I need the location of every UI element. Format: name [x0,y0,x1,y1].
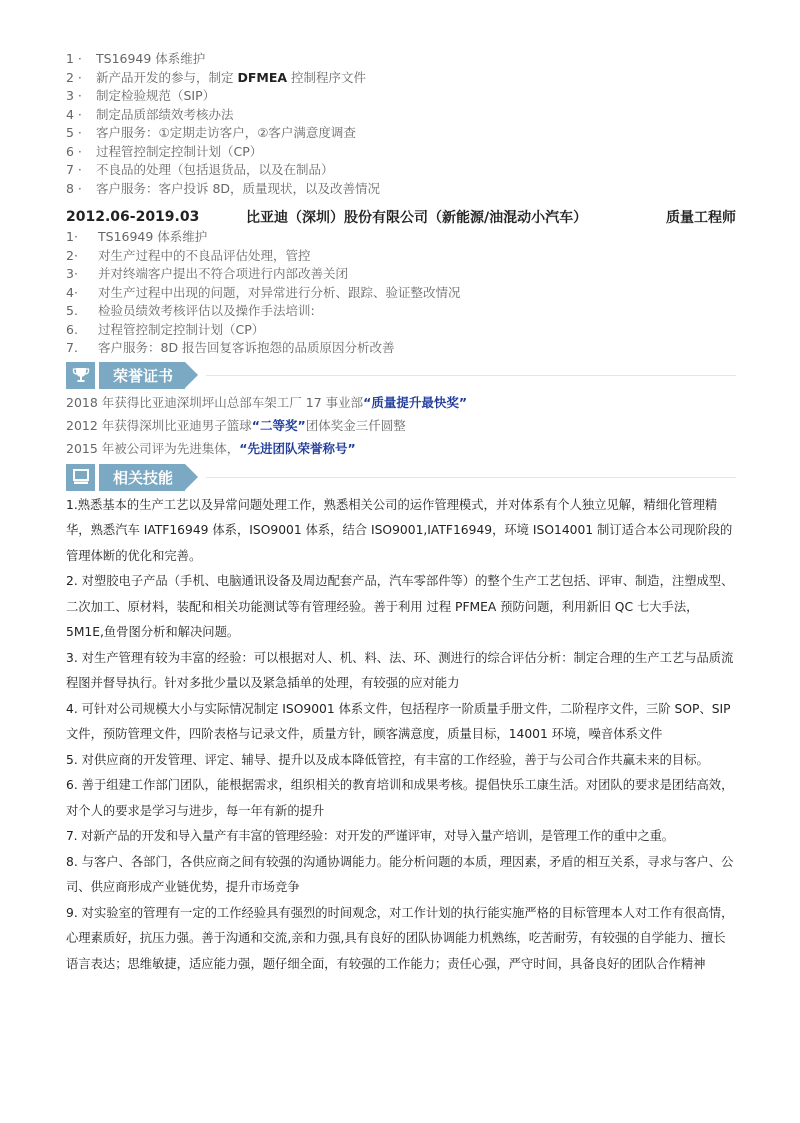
duty-item: 8 ·客户服务：客户投诉 8D，质量现状，以及改善情况 [66,180,736,199]
resume-page: 1 ·TS16949 体系维护 2 ·新产品开发的参与，制定 DFMEA 控制程… [66,50,736,977]
skill-item: 7. 对新产品的开发和导入量产有丰富的管理经验：对开发的严谨评审，对导入量产培训… [66,824,736,850]
divider [206,375,736,376]
skill-item: 3. 对生产管理有较为丰富的经验：可以根据对人、机、料、法、环、测进行的综合评估… [66,646,736,697]
honor-item: 2018 年获得比亚迪深圳坪山总部车架工厂 17 事业部“质量提升最快奖” [66,391,736,414]
honor-item: 2015 年被公司评为先进集体，“先进团队荣誉称号” [66,437,736,460]
skills-section-header: 相关技能 [66,464,736,491]
job-date: 2012.06-2019.03 [66,209,246,225]
skill-item: 6. 善于组建工作部门团队，能根据需求，组织相关的教育培训和成果考核。提倡快乐工… [66,773,736,824]
skill-item: 9. 对实验室的管理有一定的工作经验具有强烈的时间观念，对工作计划的执行能实施严… [66,901,736,978]
trophy-icon [66,362,95,389]
honor-item: 2012 年获得深圳比亚迪男子篮球“二等奖”团体奖金三仟圆整 [66,414,736,437]
duty-item: 2 ·新产品开发的参与，制定 DFMEA 控制程序文件 [66,69,736,88]
skill-item: 1.熟悉基本的生产工艺以及异常问题处理工作，熟悉相关公司的运作管理模式，并对体系… [66,493,736,570]
duty-item: 3 ·制定检验规范（SIP） [66,87,736,106]
skill-item: 4. 可针对公司规模大小与实际情况制定 ISO9001 体系文件，包括程序一阶质… [66,697,736,748]
prev-job-duties: 1 ·TS16949 体系维护 2 ·新产品开发的参与，制定 DFMEA 控制程… [66,50,736,198]
honors-list: 2018 年获得比亚迪深圳坪山总部车架工厂 17 事业部“质量提升最快奖” 20… [66,391,736,460]
duty-item: 3·并对终端客户提出不符合项进行内部改善关闭 [66,265,736,284]
duty-item: 6.过程管控制定控制计划（CP） [66,321,736,340]
duty-item: 1 ·TS16949 体系维护 [66,50,736,69]
skills-section-title: 相关技能 [99,464,185,491]
computer-icon [66,464,95,491]
duty-item: 2·对生产过程中的不良品评估处理，管控 [66,247,736,266]
divider [206,477,736,478]
job-title: 质量工程师 [651,207,736,227]
job-duties: 1·TS16949 体系维护 2·对生产过程中的不良品评估处理，管控 3·并对终… [66,228,736,358]
duty-item: 4 ·制定品质部绩效考核办法 [66,106,736,125]
honors-section-title: 荣誉证书 [99,362,185,389]
duty-item: 7 ·不良品的处理（包括退货品，以及在制品） [66,161,736,180]
skill-item: 8. 与客户、各部门，各供应商之间有较强的沟通协调能力。能分析问题的本质，理因素… [66,850,736,901]
duty-item: 4·对生产过程中出现的问题，对异常进行分析、跟踪、验证整改情况 [66,284,736,303]
honors-section-header: 荣誉证书 [66,362,736,389]
job-company: 比亚迪（深圳）股份有限公司（新能源/油混动小汽车） [246,207,651,227]
duty-item: 5 ·客户服务：①定期走访客户，②客户满意度调查 [66,124,736,143]
job-header: 2012.06-2019.03 比亚迪（深圳）股份有限公司（新能源/油混动小汽车… [66,206,736,228]
skill-item: 2. 对塑胶电子产品（手机、电脑通讯设备及周边配套产品，汽车零部件等）的整个生产… [66,569,736,646]
skill-item: 5. 对供应商的开发管理、评定、辅导、提升以及成本降低管控，有丰富的工作经验，善… [66,748,736,774]
duty-item: 1·TS16949 体系维护 [66,228,736,247]
duty-item: 6 ·过程管控制定控制计划（CP） [66,143,736,162]
duty-item: 5.检验员绩效考核评估以及操作手法培训: [66,302,736,321]
skills-list: 1.熟悉基本的生产工艺以及异常问题处理工作，熟悉相关公司的运作管理模式，并对体系… [66,493,736,978]
duty-item: 7.客户服务：8D 报告回复客诉抱怨的品质原因分析改善 [66,339,736,358]
